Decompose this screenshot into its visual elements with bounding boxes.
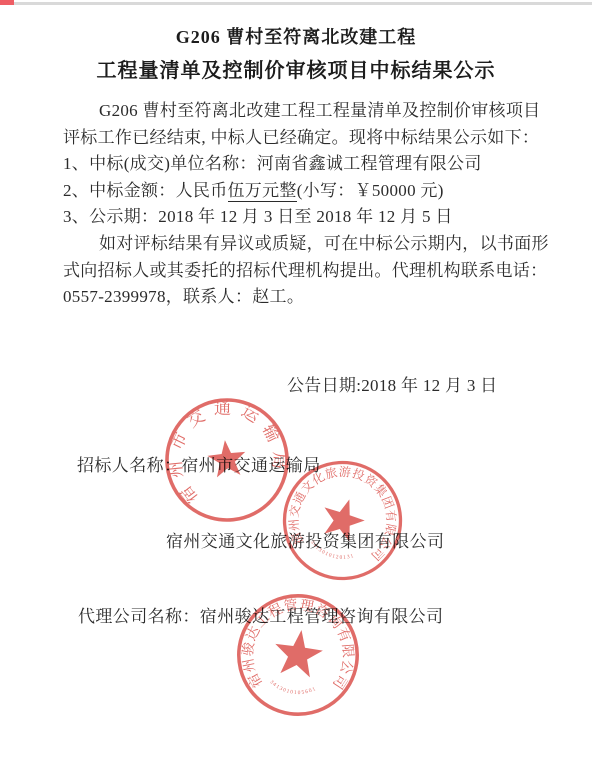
- progress-bar-loaded: [0, 0, 14, 5]
- body-line: G206 曹村至符离北改建工程工程量清单及控制价审核项目: [63, 98, 545, 125]
- document-title: G206 曹村至符离北改建工程 工程量清单及控制价审核项目中标结果公示: [0, 23, 592, 83]
- body-line: 评标工作已经结束, 中标人已经确定。现将中标结果公示如下：: [63, 125, 545, 152]
- seal-number: 3413010105601: [267, 679, 318, 699]
- document-body: G206 曹村至符离北改建工程工程量清单及控制价审核项目 评标工作已经结束, 中…: [63, 98, 545, 311]
- body-line: 如对评标结果有异议或质疑，可在中标公示期内，以书面形: [63, 231, 545, 258]
- title-line-2: 工程量清单及控制价审核项目中标结果公示: [0, 54, 592, 83]
- amount-suffix: (小写：￥50000 元): [297, 181, 444, 200]
- star-icon: [271, 627, 325, 679]
- progress-bar-track: [14, 2, 592, 5]
- body-line-winner: 1、中标(成交)单位名称：河南省鑫诚工程管理有限公司: [63, 151, 545, 178]
- body-line-amount: 2、中标金额：人民币伍万元整(小写：￥50000 元): [63, 178, 545, 205]
- seal-number: 3413010120131: [306, 538, 357, 566]
- body-line: 式向招标人或其委托的招标代理机构提出。代理机构联系电话：: [63, 258, 545, 285]
- star-icon: [317, 493, 370, 544]
- amount-prefix: 2、中标金额：人民币: [63, 181, 228, 200]
- title-line-1: G206 曹村至符离北改建工程: [0, 23, 592, 49]
- official-seal-agency-company: 宿州骏达工程管理咨询有限公司 3413010105601: [224, 581, 372, 729]
- announce-date: 公告日期:2018 年 12 月 3 日: [287, 371, 497, 396]
- body-line-contact: 0557-2399978，联系人：赵工。: [63, 284, 545, 311]
- star-icon: [206, 438, 248, 478]
- body-line-period: 3、公示期：2018 年 12 月 3 日至 2018 年 12 月 5 日: [63, 204, 545, 231]
- official-seal-tourism-investment-group: 宿州交通文化旅游投资集团有限公司 3413010120131: [270, 448, 415, 593]
- document-page: G206 曹村至符离北改建工程 工程量清单及控制价审核项目中标结果公示 G206…: [0, 0, 592, 763]
- amount-underlined: 伍万元整: [228, 181, 297, 202]
